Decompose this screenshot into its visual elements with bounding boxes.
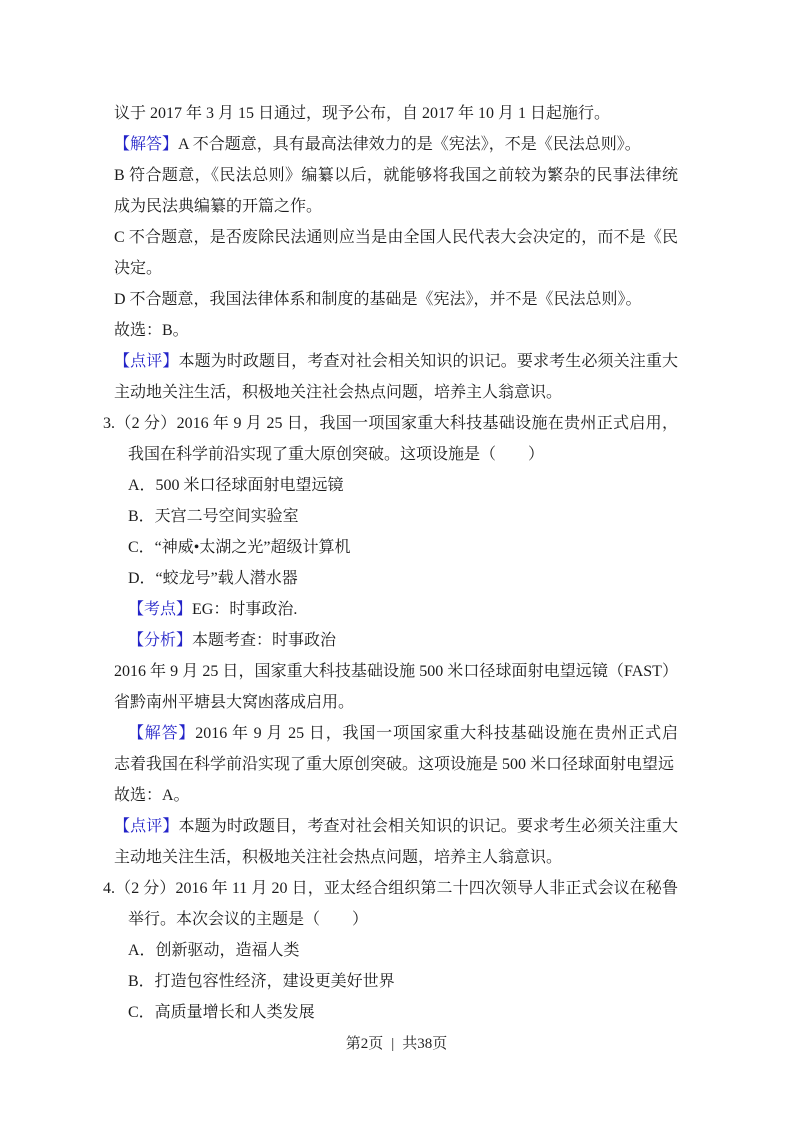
q3-analysis: 【分析】本题考查：时事政治 — [128, 625, 678, 656]
q3-answer: 【解答】2016 年 9 月 25 日，我国一项国家重大科技基础设施在贵州正式启… — [128, 718, 678, 749]
q3-analysis-detail: 2016 年 9 月 25 日，国家重大科技基础设施 500 米口径球面射电望远… — [114, 656, 678, 687]
document-body: 议于 2017 年 3 月 15 日通过，现予公布，自 2017 年 10 月 … — [0, 98, 793, 1028]
document-page: 议于 2017 年 3 月 15 日通过，现予公布，自 2017 年 10 月 … — [0, 0, 793, 1028]
q2-continuation: 议于 2017 年 3 月 15 日通过，现予公布，自 2017 年 10 月 … — [114, 98, 678, 129]
option-4-a: A．创新驱动，造福人类 — [128, 935, 678, 966]
section-label: 【解答】 — [128, 725, 195, 742]
q3-answer-choice: 故选：A。 — [114, 780, 678, 811]
option-3-b: B．天宫二号空间实验室 — [128, 501, 678, 532]
section-label: 【解答】 — [114, 136, 178, 153]
q3-comment: 【点评】本题为时政题目，考查对社会相关知识的识记。要求考生必须关注重大时事， — [114, 811, 678, 842]
question-4-continuation: 举行。本次会议的主题是（ ） — [128, 904, 678, 935]
q2-comment-2: 主动地关注生活，积极地关注社会热点问题，培养主人翁意识。 — [114, 377, 678, 408]
q2-answer-detail-b2: 成为民法典编纂的开篇之作。 — [114, 191, 678, 222]
q3-analysis-detail-2: 省黔南州平塘县大窝凼落成启用。 — [114, 687, 678, 718]
q3-examined-point: 【考点】EG：时事政治. — [128, 594, 678, 625]
page-footer: 第2页|共38页 — [0, 1032, 793, 1053]
option-4-c: C．高质量增长和人类发展 — [128, 997, 678, 1028]
question-3: 3.（2 分）2016 年 9 月 25 日，我国一项国家重大科技基础设施在贵州… — [103, 408, 678, 439]
q2-answer-detail-b: B 符合题意，《民法总则》编纂以后，就能够将我国之前较为繁杂的民事法律统一起来， — [114, 160, 678, 191]
option-3-a: A．500 米口径球面射电望远镜 — [128, 470, 678, 501]
q2-answer-detail-c: C 不合题意，是否废除民法通则应当是由全国人民代表大会决定的，而不是《民法总则》 — [114, 222, 678, 253]
footer-page-number: 第2页 — [346, 1036, 384, 1052]
q2-answer: 【解答】A 不合题意，具有最高法律效力的是《宪法》，不是《民法总则》。 — [114, 129, 678, 160]
option-3-c: C．“神威•太湖之光”超级计算机 — [128, 532, 678, 563]
q2-answer-detail-c2: 决定。 — [114, 253, 678, 284]
q3-answer-detail: 志着我国在科学前沿实现了重大原创突破。这项设施是 500 米口径球面射电望远镜。 — [114, 749, 678, 780]
q2-answer-choice: 故选：B。 — [114, 315, 678, 346]
option-3-d: D．“蛟龙号”载人潜水器 — [128, 563, 678, 594]
section-label: 【点评】 — [114, 353, 178, 370]
q3-comment-2: 主动地关注生活，积极地关注社会热点问题，培养主人翁意识。 — [114, 842, 678, 873]
footer-separator: | — [391, 1036, 394, 1052]
section-label: 【分析】 — [128, 632, 192, 649]
section-label: 【考点】 — [128, 601, 192, 618]
q2-answer-detail-d: D 不合题意，我国法律体系和制度的基础是《宪法》，并不是《民法总则》。 — [114, 284, 678, 315]
question-3-continuation: 我国在科学前沿实现了重大原创突破。这项设施是（ ） — [128, 439, 678, 470]
option-4-b: B．打造包容性经济，建设更美好世界 — [128, 966, 678, 997]
question-4: 4.（2 分）2016 年 11 月 20 日，亚太经合组织第二十四次领导人非正… — [103, 873, 678, 904]
q2-comment: 【点评】本题为时政题目，考查对社会相关知识的识记。要求考生必须关注重大时事， — [114, 346, 678, 377]
footer-total-pages: 共38页 — [402, 1036, 447, 1052]
section-label: 【点评】 — [114, 818, 178, 835]
